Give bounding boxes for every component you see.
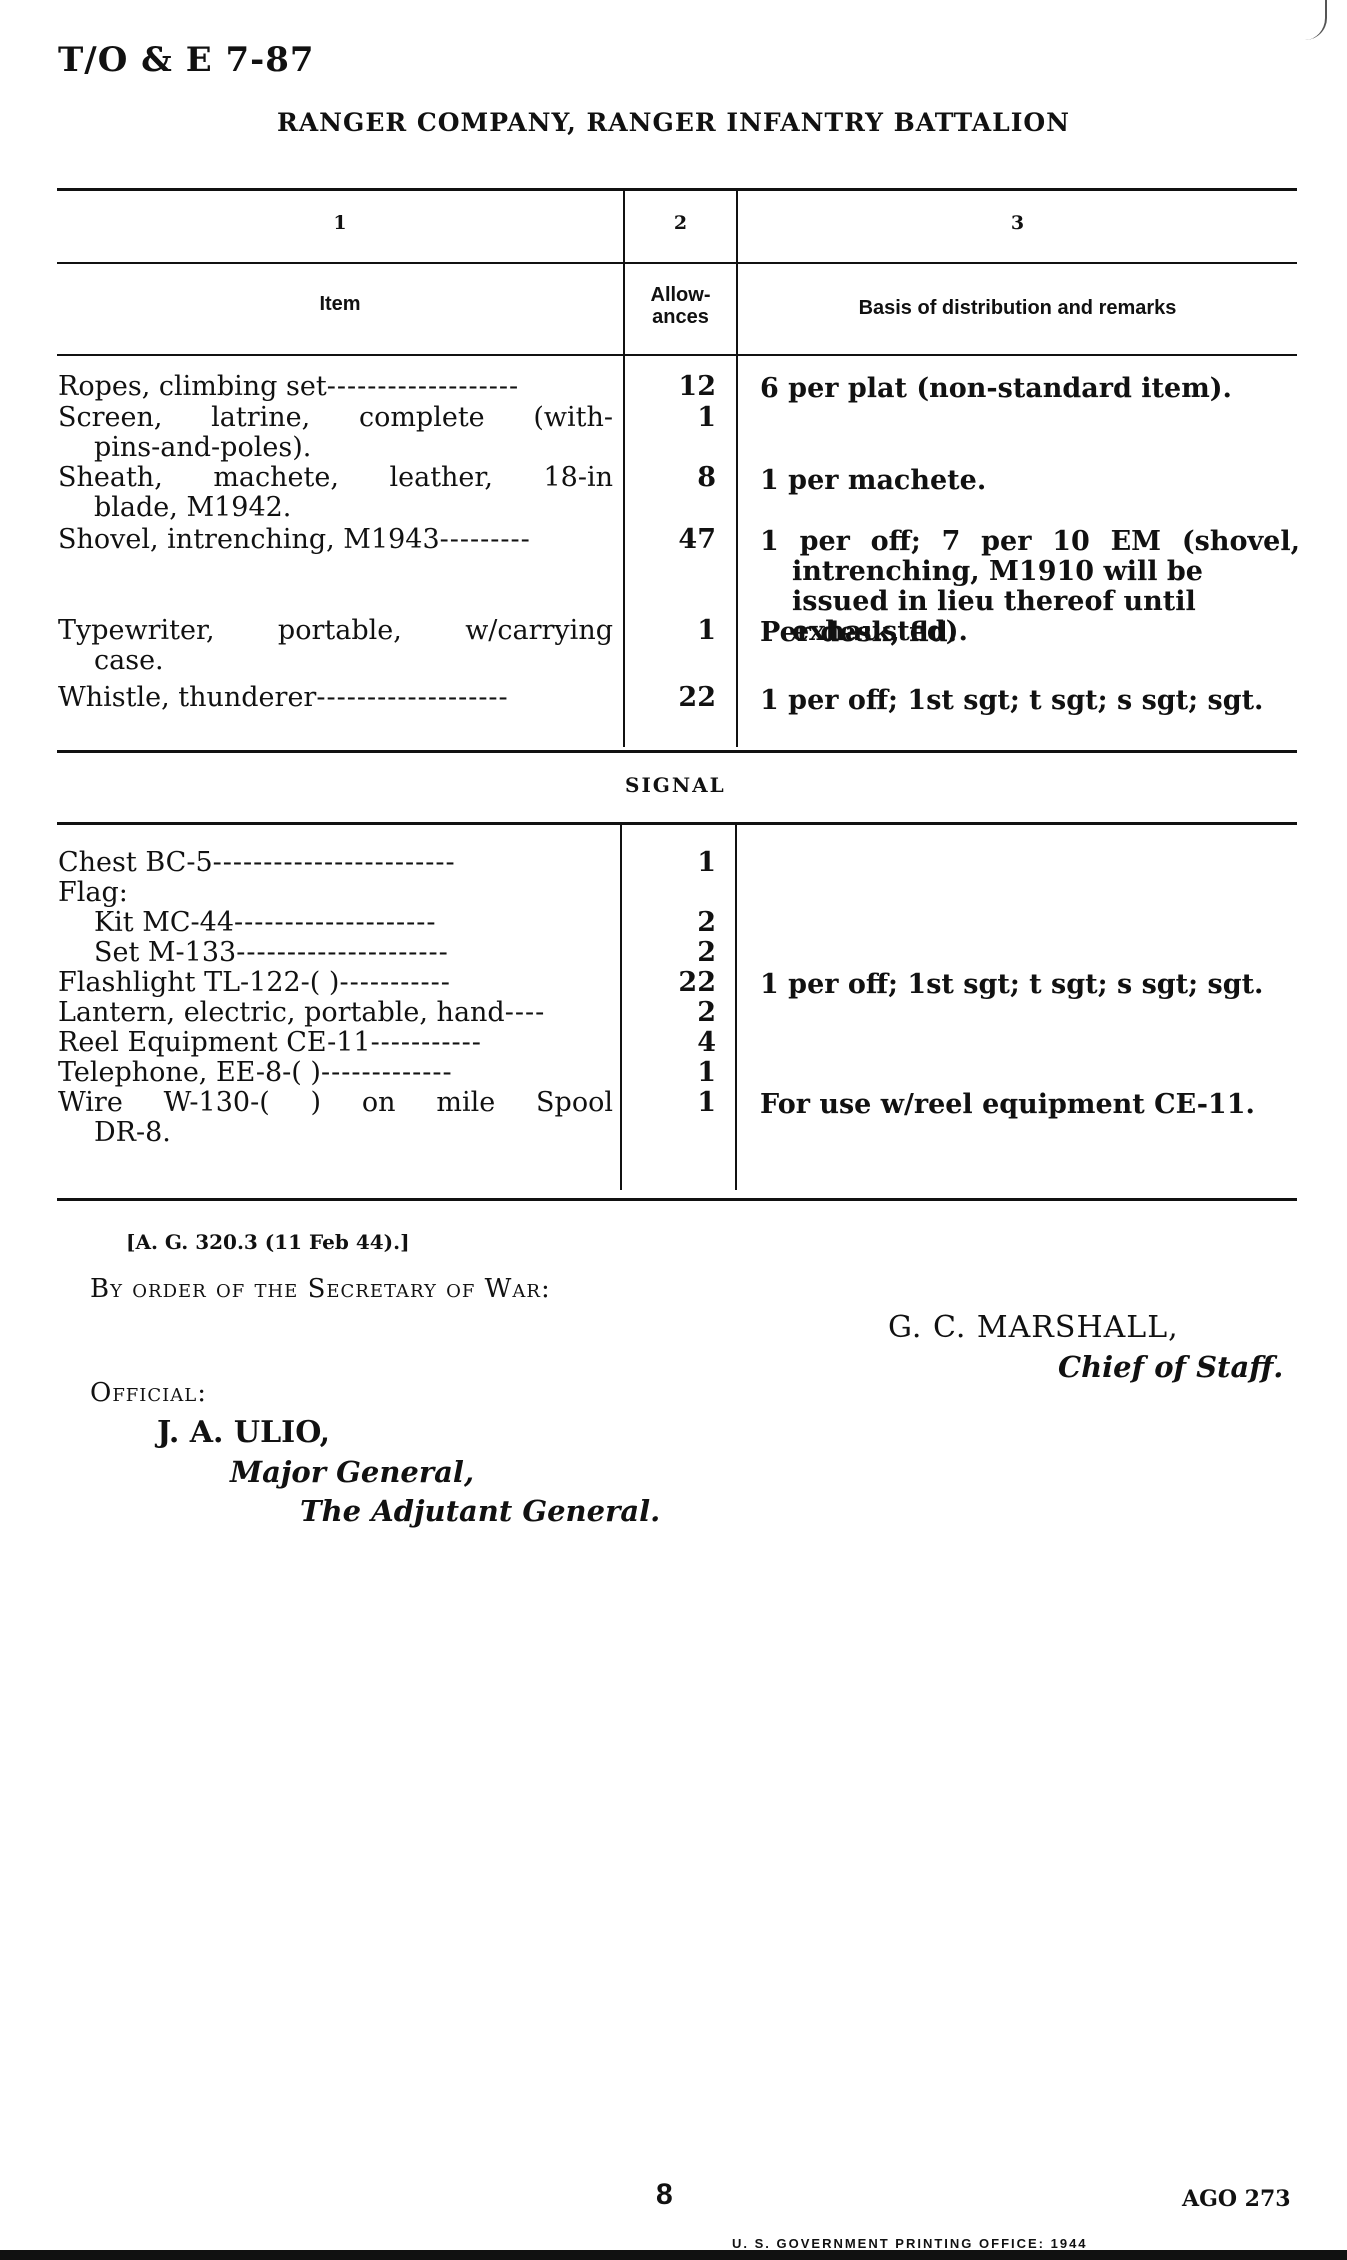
table-row-allowance: 1	[640, 1088, 716, 1118]
table-row-item: Flag:	[58, 878, 613, 908]
file-reference: [A. G. 320.3 (11 Feb 44).]	[126, 1230, 410, 1254]
table-row-allowance: 2	[640, 908, 716, 938]
page-bottom-edge	[0, 2250, 1347, 2260]
table-row-item: Reel Equipment CE-11-----------	[58, 1028, 613, 1058]
column-divider-2	[736, 190, 738, 747]
column-number-3: 3	[738, 212, 1297, 234]
column-head-allowances: Allow- ances	[625, 284, 736, 328]
table-row-allowance: 8	[640, 463, 716, 493]
column-head-remarks: Basis of distribution and remarks	[738, 297, 1297, 319]
table-top-rule	[57, 188, 1297, 191]
table-row-remark: 1 per off; 1st sgt; t sgt; s sgt; sgt.	[760, 970, 1300, 1000]
table-row-allowance: 2	[640, 998, 716, 1028]
table-row-item: Shovel, intrenching, M1943---------	[58, 525, 613, 555]
official-label: Official:	[90, 1378, 207, 1408]
table-row-item: Lantern, electric, portable, hand----	[58, 998, 613, 1028]
table-row-item: Chest BC-5------------------------	[58, 848, 613, 878]
unit-title: RANGER COMPANY, RANGER INFANTRY BATTALIO…	[0, 108, 1347, 137]
table-row-allowance: 2	[640, 938, 716, 968]
table-row-remark: 1 per off; 1st sgt; t sgt; s sgt; sgt.	[760, 686, 1300, 716]
table-row-allowance: 1	[640, 1058, 716, 1088]
table-row-allowance: 4	[640, 1028, 716, 1058]
table-row-item: Whistle, thunderer-------------------	[58, 683, 613, 713]
column-divider-1	[623, 190, 625, 747]
table-row-item: Kit MC-44--------------------	[94, 908, 613, 938]
table-row-item: Screen, latrine, complete (with-pins-and…	[58, 403, 613, 463]
table-row-allowance: 1	[640, 848, 716, 878]
column-number-1: 1	[57, 212, 623, 234]
section-rule-top	[57, 750, 1297, 753]
ago-number: AGO 273	[1182, 2186, 1291, 2212]
table-row-item: Flashlight TL-122-( )-----------	[58, 968, 613, 998]
order-line: By order of the Secretary of War:	[90, 1274, 551, 1304]
table-row-allowance: 22	[640, 968, 716, 998]
table-bottom-rule	[57, 1198, 1297, 1201]
official-title: The Adjutant General.	[300, 1494, 660, 1528]
table-row-item: Ropes, climbing set-------------------	[58, 372, 613, 402]
table-row-allowance: 12	[640, 372, 716, 402]
column-divider-2-signal	[735, 825, 737, 1190]
column-number-2: 2	[625, 212, 736, 234]
table-row-item: Wire W-130-( ) on mile SpoolDR-8.	[58, 1088, 613, 1148]
column-head-rule	[57, 354, 1297, 356]
table-row-remark: Per desk, fld.	[760, 618, 1300, 648]
page-corner-mark	[1305, 0, 1327, 40]
table-row-allowance: 22	[640, 683, 716, 713]
table-row-item: Sheath, machete, leather, 18-inblade, M1…	[58, 463, 613, 523]
document-id: T/O & E 7-87	[58, 40, 315, 80]
table-row-allowance: 1	[640, 616, 716, 646]
table-row-remark: 6 per plat (non-standard item).	[760, 374, 1300, 404]
table-row-allowance: 47	[640, 525, 716, 555]
section-rule-bottom	[57, 822, 1297, 825]
column-head-item: Item	[57, 293, 623, 315]
table-row-item: Telephone, EE-8-( )-------------	[58, 1058, 613, 1088]
column-divider-1-signal	[620, 825, 622, 1190]
table-row-item: Set M-133---------------------	[94, 938, 613, 968]
official-name: J. A. ULIO,	[157, 1415, 330, 1450]
official-rank: Major General,	[230, 1455, 474, 1489]
table-row-remark: For use w/reel equipment CE-11.	[760, 1090, 1300, 1120]
section-heading-signal: SIGNAL	[625, 773, 726, 797]
column-number-rule	[57, 262, 1297, 264]
table-row-remark: 1 per machete.	[760, 466, 1300, 496]
table-row-allowance: 1	[640, 403, 716, 433]
table-row-item: Typewriter, portable, w/carryingcase.	[58, 616, 613, 676]
signer-name: G. C. MARSHALL,	[888, 1310, 1179, 1345]
signer-title: Chief of Staff.	[1058, 1350, 1283, 1384]
page-number: 8	[656, 2178, 673, 2212]
printer-imprint: U. S. GOVERNMENT PRINTING OFFICE: 1944	[732, 2236, 1088, 2251]
